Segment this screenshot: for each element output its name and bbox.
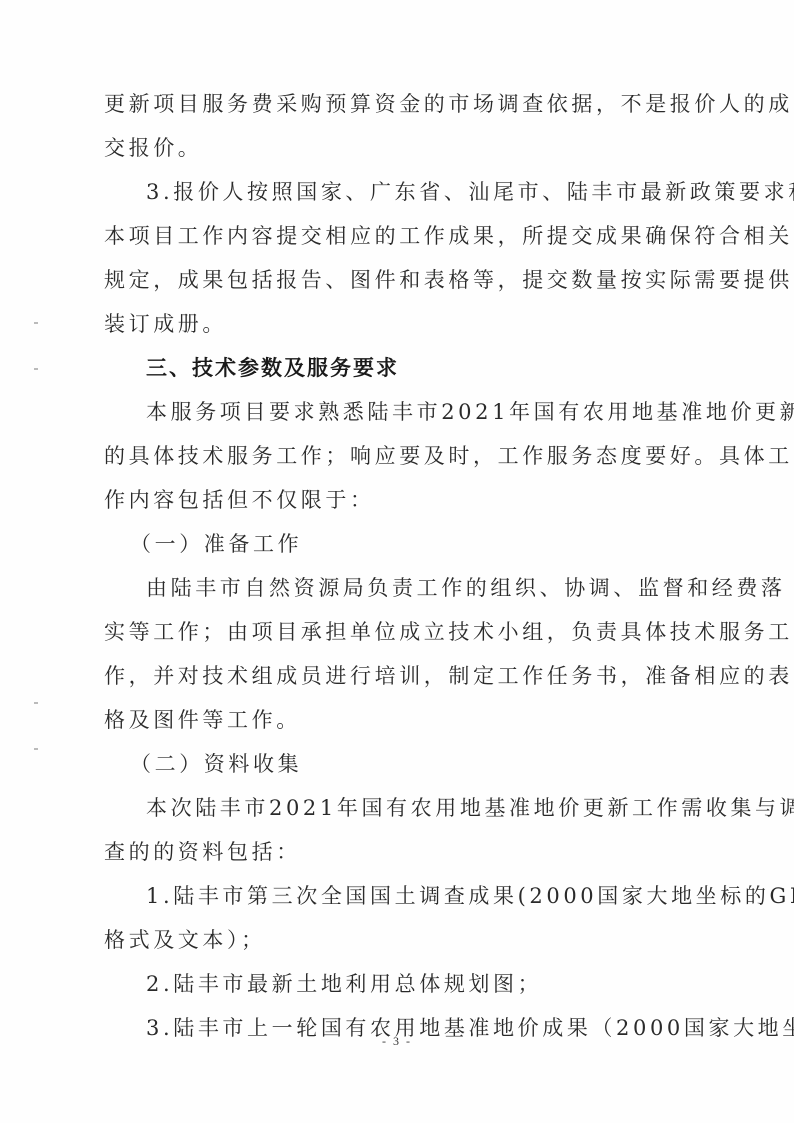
section-heading: 三、技术参数及服务要求 [104, 346, 708, 390]
paragraph-line: 3.报价人按照国家、广东省、汕尾市、陆丰市最新政策要求和 [104, 170, 708, 214]
paragraph-line: 查的的资料包括： [104, 830, 708, 874]
paragraph-line: 格及图件等工作。 [104, 698, 708, 742]
page-number: - 3 - [0, 1034, 794, 1049]
scan-margin-mark [34, 368, 38, 370]
subsection-heading: （二）资料收集 [104, 742, 708, 786]
paragraph-line: 本次陆丰市2021年国有农用地基准地价更新工作需收集与调 [104, 786, 708, 830]
paragraph-line: 本项目工作内容提交相应的工作成果，所提交成果确保符合相关 [104, 214, 708, 258]
paragraph-line: 装订成册。 [104, 302, 708, 346]
scan-margin-mark [34, 702, 38, 704]
paragraph-line: 作，并对技术组成员进行培训，制定工作任务书，准备相应的表 [104, 654, 708, 698]
paragraph-line: 规定，成果包括报告、图件和表格等，提交数量按实际需要提供， [104, 258, 708, 302]
paragraph-line: 更新项目服务费采购预算资金的市场调查依据，不是报价人的成 [104, 82, 708, 126]
subsection-heading: （一）准备工作 [104, 522, 708, 566]
paragraph-line: 交报价。 [104, 126, 708, 170]
list-item: 1.陆丰市第三次全国国土调查成果(2000国家大地坐标的GIS [104, 874, 708, 918]
paragraph-line: 本服务项目要求熟悉陆丰市2021年国有农用地基准地价更新 [104, 390, 708, 434]
paragraph-line: 由陆丰市自然资源局负责工作的组织、协调、监督和经费落 [104, 566, 708, 610]
scan-margin-mark [34, 322, 38, 324]
paragraph-line: 的具体技术服务工作；响应要及时，工作服务态度要好。具体工 [104, 434, 708, 478]
scan-margin-mark [34, 748, 38, 750]
document-body: 更新项目服务费采购预算资金的市场调查依据，不是报价人的成 交报价。 3.报价人按… [104, 82, 708, 1050]
paragraph-line: 作内容包括但不仅限于： [104, 478, 708, 522]
paragraph-line: 实等工作；由项目承担单位成立技术小组，负责具体技术服务工 [104, 610, 708, 654]
list-item: 2.陆丰市最新土地利用总体规划图； [104, 962, 708, 1006]
paragraph-line: 格式及文本）； [104, 918, 708, 962]
